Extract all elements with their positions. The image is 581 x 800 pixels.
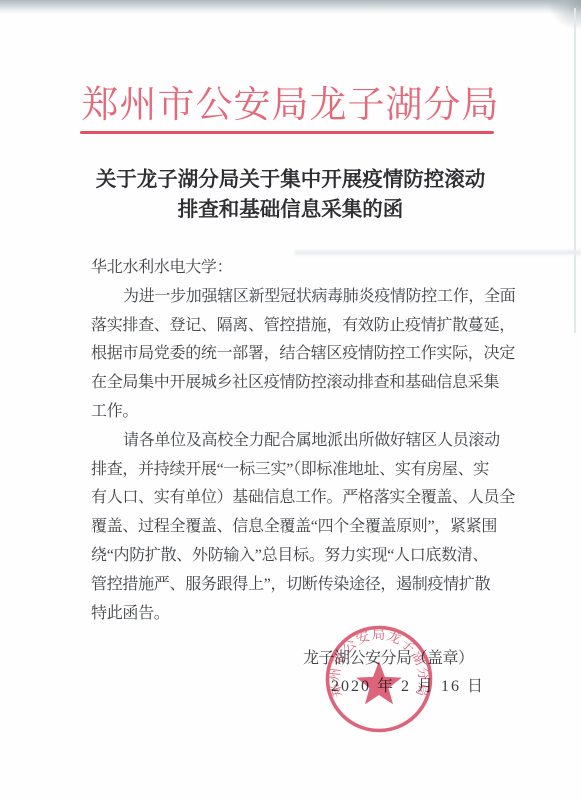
letter-body: 华北水利水电大学： 为进一步加强辖区新型冠状病毒肺炎疫情防控工作，全面 落实排查… — [91, 254, 503, 628]
salutation: 华北水利水电大学： — [91, 254, 503, 283]
body-line: 有人口、实有单位）基础信息工作。严格落实全覆盖、人员全 — [91, 484, 503, 513]
scan-top-shadow — [0, 0, 581, 14]
letterhead-title: 郑州市公安局龙子湖分局 — [0, 84, 581, 126]
official-seal: 郑州市公安局龙子湖分局 — [314, 614, 444, 744]
document-title: 关于龙子湖分局关于集中开展疫情防控滚动 排查和基础信息采集的函 — [0, 166, 581, 225]
letterhead-rule — [80, 131, 494, 134]
body-line: 绕“内防扩散、外防输入”总目标。努力实现“人口底数清、 — [91, 542, 503, 571]
document-title-line2: 排查和基础信息采集的函 — [0, 196, 581, 226]
body-line: 请各单位及高校全力配合属地派出所做好辖区人员滚动 — [91, 427, 503, 456]
body-line: 在全局集中开展城乡社区疫情防控滚动排查和基础信息采集 — [91, 369, 503, 398]
body-line: 管控措施严、服务跟得上”，切断传染途径，遏制疫情扩散 — [91, 571, 503, 600]
body-line: 工作。 — [91, 398, 503, 427]
body-line: 排查，并持续开展“一标三实”（即标准地址、实有房屋、实 — [91, 456, 503, 485]
document-title-line1: 关于龙子湖分局关于集中开展疫情防控滚动 — [0, 166, 581, 196]
body-line: 根据市局党委的统一部署，结合辖区疫情防控工作实际，决定 — [91, 340, 503, 369]
body-line: 覆盖、过程全覆盖、信息全覆盖“四个全覆盖原则”，紧紧围 — [91, 513, 503, 542]
seal-star-icon — [356, 661, 402, 704]
scanned-letter-page: 郑州市公安局龙子湖分局 关于龙子湖分局关于集中开展疫情防控滚动 排查和基础信息采… — [0, 0, 581, 800]
body-line: 为进一步加强辖区新型冠状病毒肺炎疫情防控工作，全面 — [91, 283, 503, 312]
body-line: 落实排查、登记、隔离、管控措施，有效防止疫情扩散蔓延， — [91, 312, 503, 341]
